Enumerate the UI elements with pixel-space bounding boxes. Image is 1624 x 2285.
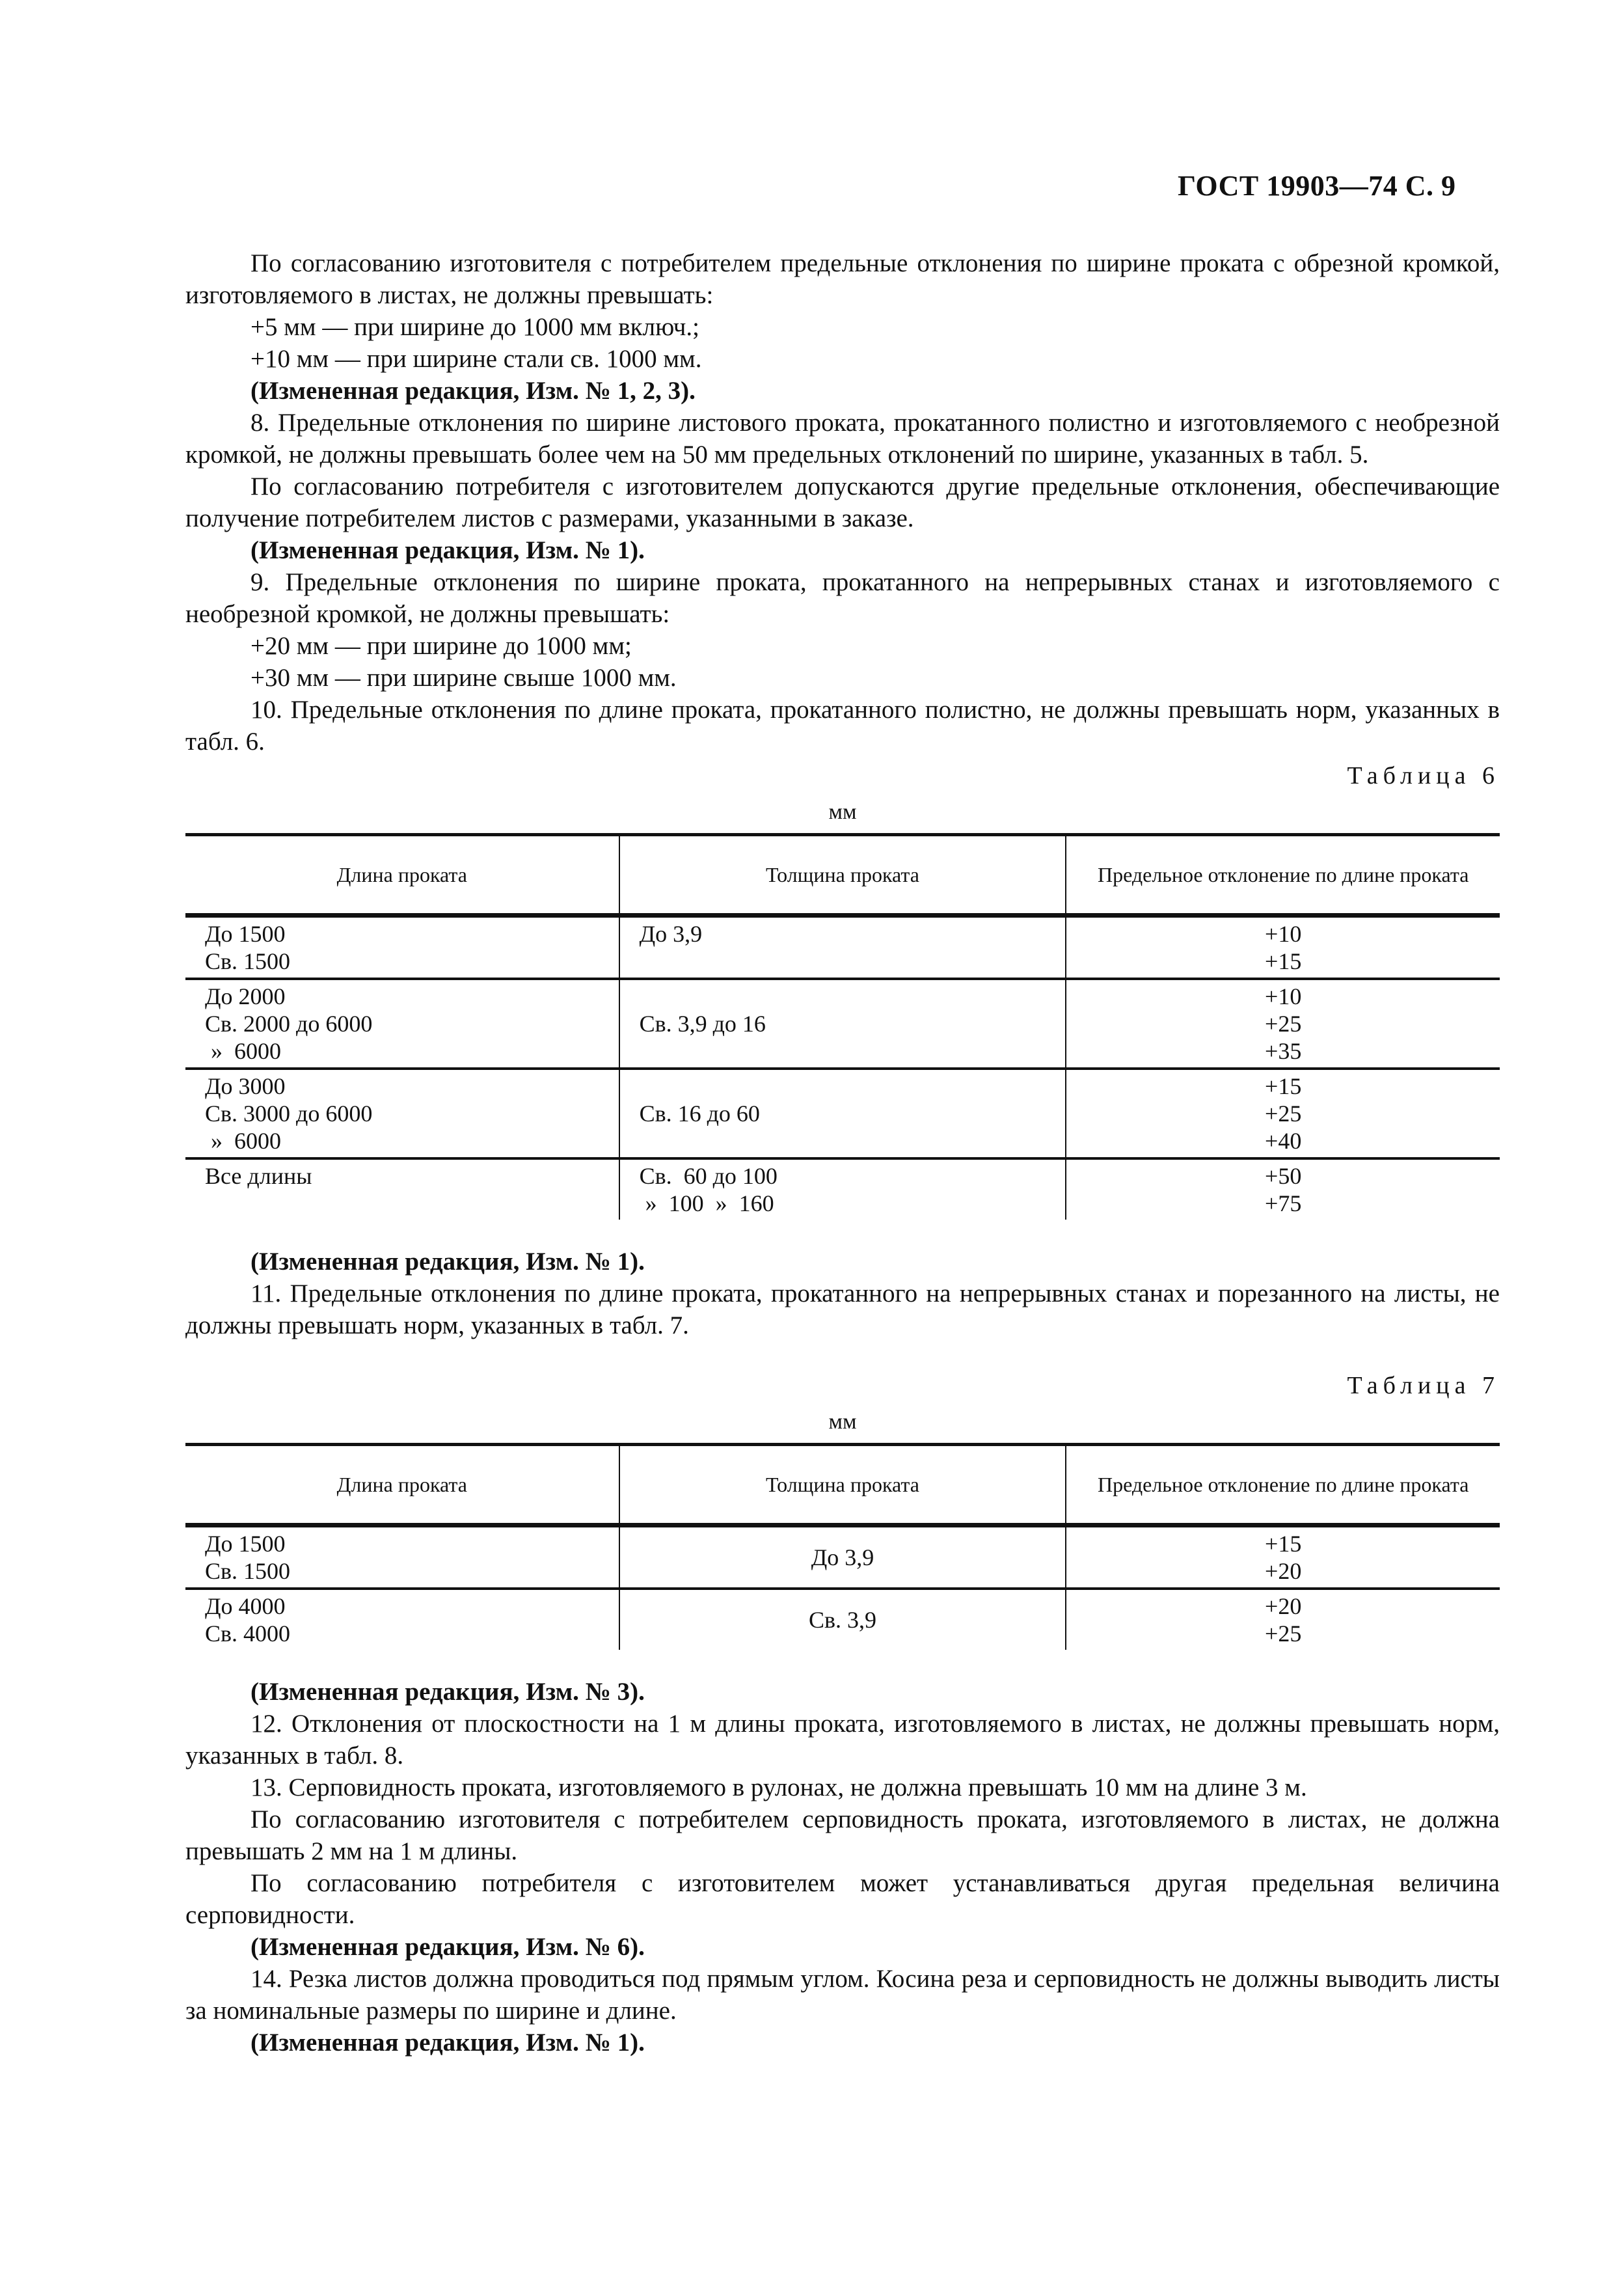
table-row: До 1500Св. 1500До 3,9+15+20 (185, 1526, 1500, 1589)
cell-deviation: +20+25 (1066, 1589, 1500, 1650)
table-6-units: мм (185, 796, 1500, 828)
document-body: По согласованию изготовителя с потребите… (185, 247, 1500, 2059)
table-row: До 3000Св. 3000 до 6000 » 6000Св. 16 до … (185, 1069, 1500, 1158)
paragraph: По согласованию потребителя с изготовите… (185, 1867, 1500, 1931)
table-7-body: До 1500Св. 1500До 3,9+15+20До 4000Св. 40… (185, 1526, 1500, 1650)
table-row: До 1500Св. 1500До 3,9+10+15 (185, 916, 1500, 979)
cell-deviation: +10+15 (1066, 916, 1500, 979)
paragraph-item-8: 8. Предельные отклонения по ширине листо… (185, 407, 1500, 471)
paragraph: По согласованию изготовителя с потребите… (185, 247, 1500, 311)
table-6-body: До 1500Св. 1500До 3,9+10+15До 2000Св. 20… (185, 916, 1500, 1220)
table-7-units: мм (185, 1406, 1500, 1438)
revision-note: (Измененная редакция, Изм. № 1, 2, 3). (185, 375, 1500, 407)
table-7: Длина проката Толщина проката Предельное… (185, 1443, 1500, 1650)
table-7-caption: Таблица 7 (185, 1370, 1500, 1402)
cell-length: До 2000Св. 2000 до 6000 » 6000 (185, 979, 619, 1069)
paragraph-item-11: 11. Предельные отклонения по длине прока… (185, 1278, 1500, 1341)
revision-note: (Измененная редакция, Изм. № 1). (185, 1246, 1500, 1278)
cell-length: До 3000Св. 3000 до 6000 » 6000 (185, 1069, 619, 1158)
paragraph-item-14: 14. Резка листов должна проводиться под … (185, 1963, 1500, 2027)
table-row: Все длиныСв. 60 до 100 » 100 » 160+50+75 (185, 1158, 1500, 1220)
paragraph-item-12: 12. Отклонения от плоскостности на 1 м д… (185, 1708, 1500, 1772)
revision-note: (Измененная редакция, Изм. № 6). (185, 1931, 1500, 1963)
table-row: До 4000Св. 4000Св. 3,9+20+25 (185, 1589, 1500, 1650)
paragraph-item-13: 13. Серповидность проката, изготовляемог… (185, 1772, 1500, 1803)
cell-thickness: Св. 3,9 до 16 (619, 979, 1066, 1069)
paragraph-item-9: 9. Предельные отклонения по ширине прока… (185, 566, 1500, 630)
cell-thickness: До 3,9 (619, 1526, 1066, 1589)
revision-note: (Измененная редакция, Изм. № 3). (185, 1676, 1500, 1708)
cell-length: До 1500Св. 1500 (185, 1526, 619, 1589)
table-header: Длина проката (185, 835, 619, 916)
cell-length: Все длины (185, 1158, 619, 1220)
cell-deviation: +15+25+40 (1066, 1069, 1500, 1158)
list-line: +5 мм — при ширине до 1000 мм включ.; (185, 311, 1500, 343)
paragraph: По согласованию потребителя с изготовите… (185, 471, 1500, 534)
cell-thickness: До 3,9 (619, 916, 1066, 979)
cell-length: До 4000Св. 4000 (185, 1589, 619, 1650)
cell-deviation: +15+20 (1066, 1526, 1500, 1589)
table-row: До 2000Св. 2000 до 6000 » 6000Св. 3,9 до… (185, 979, 1500, 1069)
list-line: +20 мм — при ширине до 1000 мм; (185, 630, 1500, 662)
cell-deviation: +50+75 (1066, 1158, 1500, 1220)
table-6: Длина проката Толщина проката Предельное… (185, 833, 1500, 1220)
paragraph-item-10: 10. Предельные отклонения по длине прока… (185, 694, 1500, 758)
list-line: +30 мм — при ширине свыше 1000 мм. (185, 662, 1500, 694)
paragraph: По согласованию изготовителя с потребите… (185, 1803, 1500, 1867)
table-header: Длина проката (185, 1445, 619, 1526)
revision-note: (Измененная редакция, Изм. № 1). (185, 534, 1500, 566)
cell-thickness: Св. 3,9 (619, 1589, 1066, 1650)
table-header: Толщина проката (619, 835, 1066, 916)
table-header: Предельное отклонение по длине проката (1066, 1445, 1500, 1526)
table-header: Толщина проката (619, 1445, 1066, 1526)
table-header: Предельное отклонение по длине проката (1066, 835, 1500, 916)
cell-thickness: Св. 60 до 100 » 100 » 160 (619, 1158, 1066, 1220)
cell-length: До 1500Св. 1500 (185, 916, 619, 979)
page-header: ГОСТ 19903—74 С. 9 (1178, 169, 1456, 202)
cell-deviation: +10+25+35 (1066, 979, 1500, 1069)
cell-thickness: Св. 16 до 60 (619, 1069, 1066, 1158)
revision-note: (Измененная редакция, Изм. № 1). (185, 2027, 1500, 2059)
table-6-caption: Таблица 6 (185, 760, 1500, 792)
list-line: +10 мм — при ширине стали св. 1000 мм. (185, 343, 1500, 375)
